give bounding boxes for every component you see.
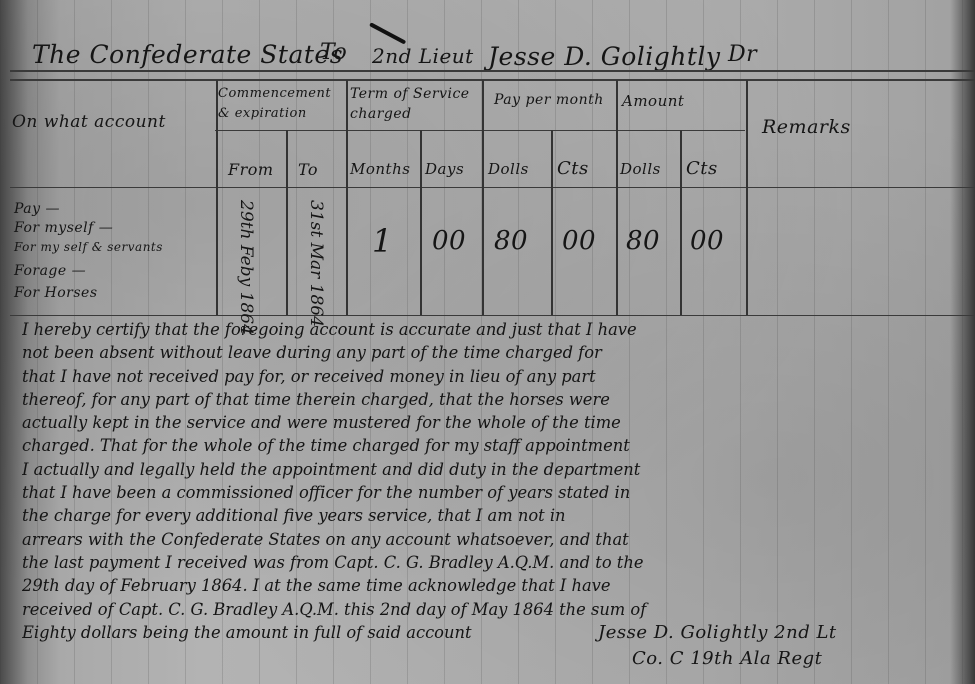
- header-mid-rule: [215, 130, 745, 131]
- certification-line: not been absent without leave during any…: [22, 341, 967, 364]
- col-divider: [286, 130, 288, 315]
- col-divider: [746, 80, 748, 315]
- heading-rule-top: [10, 70, 975, 72]
- subheader-amount-cts: Cts: [686, 158, 718, 179]
- subheader-pay-dolls: Dolls: [488, 160, 529, 178]
- heading-title: The Confederate States: [32, 40, 343, 69]
- certification-text: I hereby certify that the foregoing acco…: [22, 318, 967, 644]
- header-term: Term of Service charged: [350, 84, 480, 124]
- value-months: 1: [372, 222, 393, 260]
- certification-line: the last payment I received was from Cap…: [22, 551, 967, 574]
- header-bottom-rule: [10, 187, 975, 188]
- col-divider: [680, 130, 682, 315]
- certification-line: I actually and legally held the appointm…: [22, 458, 967, 481]
- heading-dr: Dr: [728, 42, 757, 67]
- subheader-from: From: [228, 160, 274, 179]
- table-bottom-rule: [10, 315, 975, 316]
- header-account: On what account: [12, 112, 166, 132]
- header-amount: Amount: [622, 92, 684, 110]
- certification-line: that I have not received pay for, or rec…: [22, 365, 967, 388]
- date-from: 29th Feby 1864: [236, 200, 256, 335]
- certification-line: actually kept in the service and were mu…: [22, 411, 967, 434]
- value-amount-cts: 00: [690, 226, 724, 256]
- header-remarks: Remarks: [762, 116, 851, 138]
- col-divider: [482, 80, 484, 315]
- signature-name: Jesse D. Golightly 2nd Lt: [598, 622, 837, 643]
- certification-line: received of Capt. C. G. Bradley A.Q.M. t…: [22, 598, 967, 621]
- value-pay-dolls: 80: [494, 226, 528, 256]
- subheader-amount-dolls: Dolls: [620, 160, 661, 178]
- certification-line: charged. That for the whole of the time …: [22, 434, 967, 457]
- heading-to: To: [320, 40, 347, 65]
- col-divider: [346, 80, 348, 315]
- certification-line: thereof, for any part of that time there…: [22, 388, 967, 411]
- heading-rank: 2nd Lieut: [372, 44, 474, 68]
- account-line: For myself —: [14, 219, 113, 238]
- subheader-to: To: [298, 160, 318, 179]
- value-pay-cts: 00: [562, 226, 596, 256]
- value-amount-dolls: 80: [626, 226, 660, 256]
- subheader-pay-cts: Cts: [557, 158, 589, 179]
- certification-line: 29th day of February 1864. I at the same…: [22, 574, 967, 597]
- heading-rule-bottom: [10, 79, 975, 81]
- col-divider: [420, 130, 422, 315]
- certification-line: arrears with the Confederate States on a…: [22, 528, 967, 551]
- header-pay: Pay per month: [494, 92, 604, 108]
- col-divider: [616, 80, 618, 315]
- certification-line: that I have been a commissioned officer …: [22, 481, 967, 504]
- heading-name: Jesse D. Golightly: [488, 42, 721, 71]
- account-line: Forage —: [14, 262, 86, 281]
- account-line: Pay —: [14, 200, 60, 219]
- date-to: 31st Mar 1864: [306, 200, 326, 327]
- header-commencement: Commencement & expiration: [218, 84, 346, 124]
- ink-mark: [369, 22, 406, 44]
- value-days: 00: [432, 226, 466, 256]
- account-line: For Horses: [14, 284, 98, 303]
- certification-line: I hereby certify that the foregoing acco…: [22, 318, 967, 341]
- document-scan: The Confederate States To 2nd Lieut Jess…: [0, 0, 975, 684]
- subheader-days: Days: [425, 160, 464, 178]
- account-line: For my self & servants: [14, 238, 163, 257]
- subheader-months: Months: [350, 160, 410, 178]
- certification-line: the charge for every additional five yea…: [22, 504, 967, 527]
- col-divider: [551, 130, 553, 315]
- signature-unit: Co. C 19th Ala Regt: [632, 648, 822, 669]
